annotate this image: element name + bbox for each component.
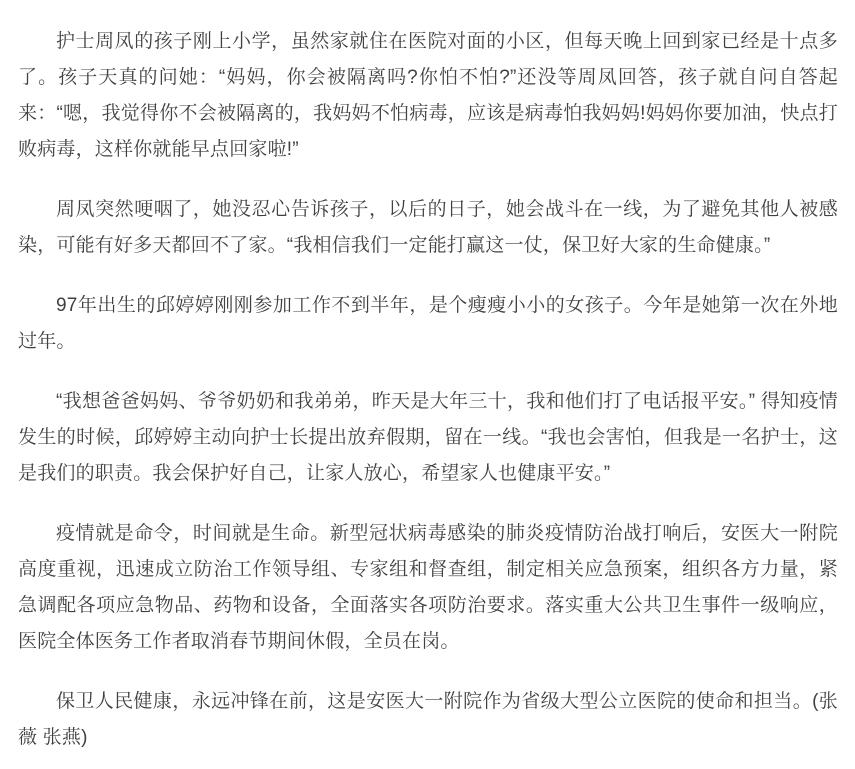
article-paragraph-hospital-response: 疫情就是命令，时间就是生命。新型冠状病毒感染的肺炎疫情防治战打响后，安医大一附院… bbox=[18, 516, 838, 660]
article-paragraph-qiutingting-intro: 97年出生的邱婷婷刚刚参加工作不到半年，是个瘦瘦小小的女孩子。今年是她第一次在外… bbox=[18, 288, 838, 360]
article-paragraph-closing-byline: 保卫人民健康，永远冲锋在前，这是安医大一附院作为省级大型公立医院的使命和担当。(… bbox=[18, 684, 838, 756]
article-paragraph-qiutingting-quote: “我想爸爸妈妈、爷爷奶奶和我弟弟，昨天是大年三十，我和他们打了电话报平安。” 得… bbox=[18, 384, 838, 492]
article-paragraph-nurse-zhoufeng-child: 护士周凤的孩子刚上小学，虽然家就住在医院对面的小区，但每天晚上回到家已经是十点多… bbox=[18, 24, 838, 168]
article-body: 护士周凤的孩子刚上小学，虽然家就住在医院对面的小区，但每天晚上回到家已经是十点多… bbox=[0, 0, 855, 756]
article-paragraph-zhoufeng-choked-up: 周凤突然哽咽了，她没忍心告诉孩子，以后的日子，她会战斗在一线，为了避免其他人被感… bbox=[18, 192, 838, 264]
